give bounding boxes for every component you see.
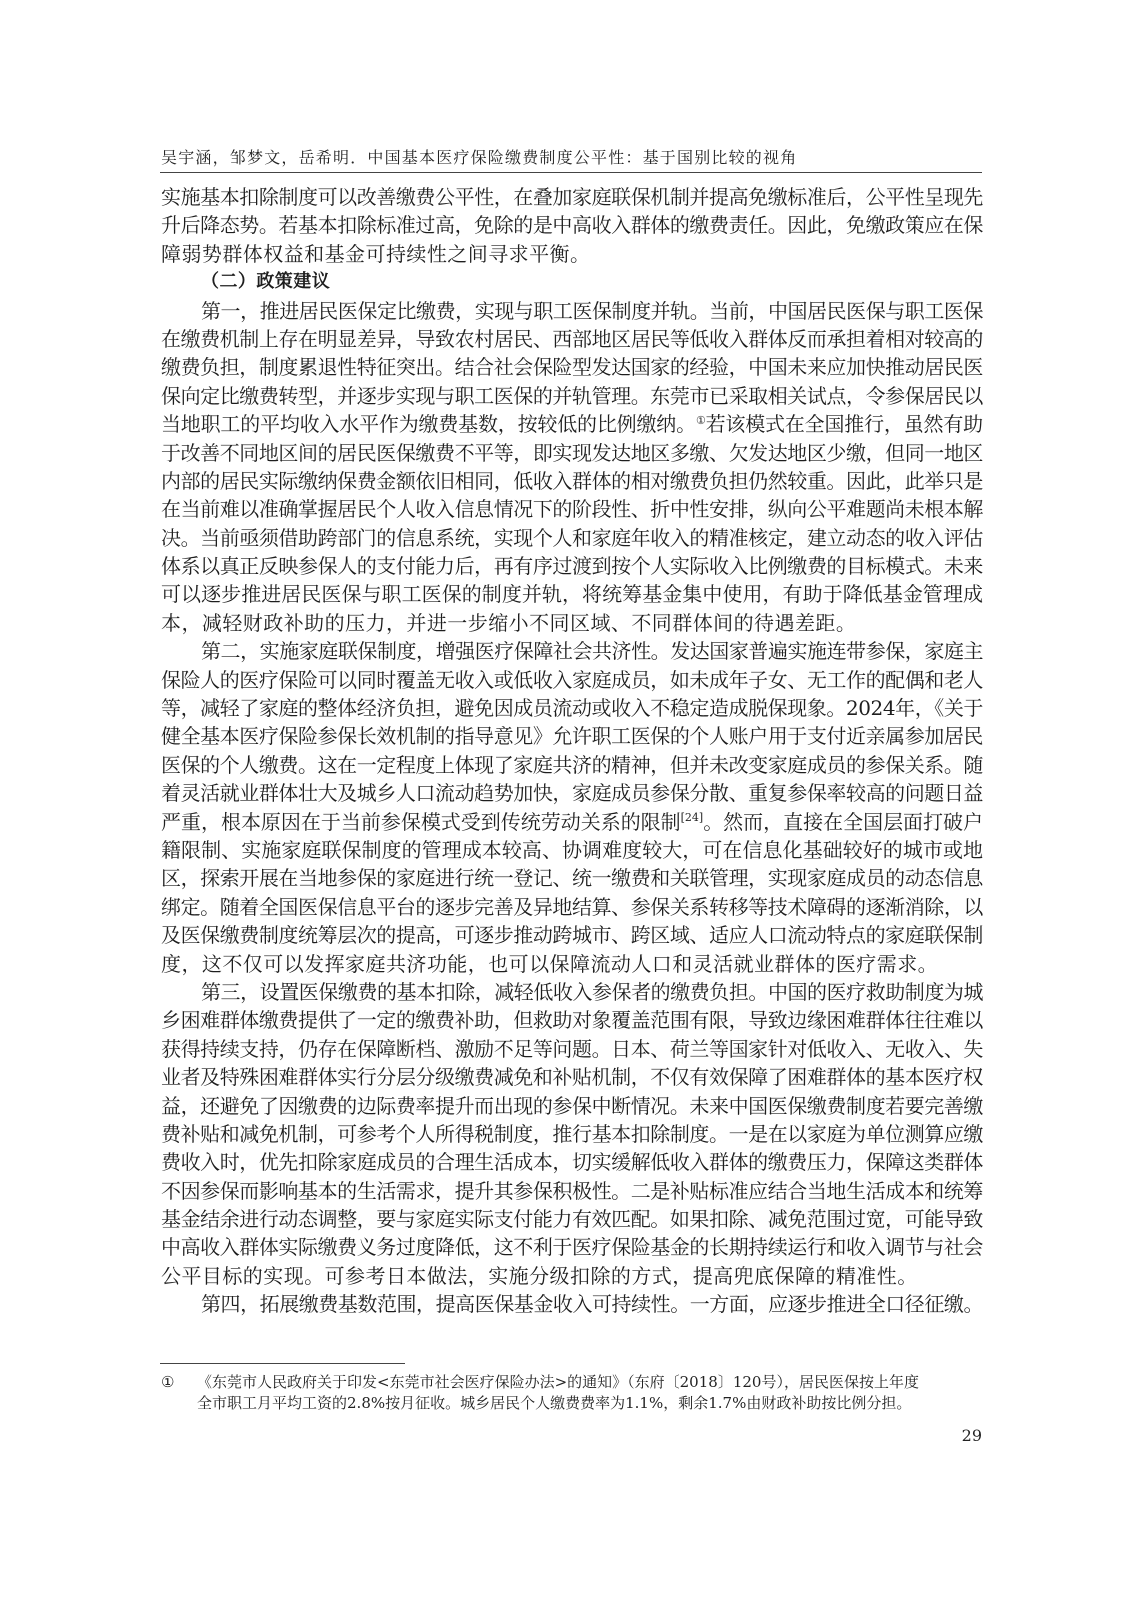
text-line: 费补贴和减免机制，可参考个人所得税制度，推行基本扣除制度。一是在以家庭为单位测算… — [161, 1120, 983, 1148]
text-line: 可以逐步推进居民医保与职工医保的制度并轨，将统筹基金集中使用，有助于降低基金管理… — [161, 580, 983, 608]
text-line: 本，减轻财政补助的压力，并进一步缩小不同区域、不同群体间的待遇差距。 — [161, 609, 983, 637]
footnote-line: 全市职工月平均工资的2.8%按月征收。城乡居民个人缴费费率为1.1%，剩余1.7… — [161, 1393, 983, 1414]
footnote-number: ① — [161, 1372, 197, 1393]
text-span: 。然而，直接在全国层面打破户 — [703, 810, 983, 834]
footnote-line: ①《东莞市人民政府关于印发<东莞市社会医疗保险办法>的通知》（东府〔2018〕1… — [161, 1372, 983, 1393]
footnote: ①《东莞市人民政府关于印发<东莞市社会医疗保险办法>的通知》（东府〔2018〕1… — [161, 1372, 983, 1414]
text-line: 健全基本医疗保险参保长效机制的指导意见》允许职工医保的个人账户用于支付近亲属参加… — [161, 722, 983, 750]
text-line: 费收入时，优先扣除家庭成员的合理生活成本，切实缓解低收入群体的缴费压力，保障这类… — [161, 1148, 983, 1176]
text-line: 获得持续支持，仍存在保障断档、激励不足等问题。日本、荷兰等国家针对低收入、无收入… — [161, 1035, 983, 1063]
paragraph-first-line: 第四，拓展缴费基数范围，提高医保基金收入可持续性。一方面，应逐步推进全口径征缴。 — [161, 1290, 983, 1318]
running-header: 吴宇涵，邹梦文，岳希明．中国基本医疗保险缴费制度公平性：基于国别比较的视角 — [161, 147, 982, 169]
paragraph-first-line: 第一，推进居民医保定比缴费，实现与职工医保制度并轨。当前，中国居民医保与职工医保 — [161, 297, 983, 325]
text-line: 障弱势群体权益和基金可持续性之间寻求平衡。 — [161, 240, 983, 268]
text-line: 在缴费机制上存在明显差异，导致农村居民、西部地区居民等低收入群体反而承担着相对较… — [161, 325, 983, 353]
citation-link[interactable]: [24] — [681, 811, 704, 824]
text-line: 及医保缴费制度统筹层次的提高，可逐步推动跨城市、跨区域、适应人口流动特点的家庭联… — [161, 921, 983, 949]
text-line: 于改善不同地区间的居民医保缴费不平等，即实现发达地区多缴、欠发达地区少缴，但同一… — [161, 439, 983, 467]
text-line: 基金结余进行动态调整，要与家庭实际支付能力有效匹配。如果扣除、减免范围过宽，可能… — [161, 1205, 983, 1233]
text-line: 内部的居民实际缴纳保费金额依旧相同，低收入群体的相对缴费负担仍然较重。因此，此举… — [161, 467, 983, 495]
text-line: 公平目标的实现。可参考日本做法，实施分级扣除的方式，提高兜底保障的精准性。 — [161, 1262, 983, 1290]
text-line-with-citation: 严重，根本原因在于当前参保模式受到传统劳动关系的限制[24]。然而，直接在全国层… — [161, 808, 983, 836]
footnote-divider — [160, 1363, 405, 1364]
paragraph-first-line: 第三，设置医保缴费的基本扣除，减轻低收入参保者的缴费负担。中国的医疗救助制度为城 — [161, 978, 983, 1006]
text-line: 升后降态势。若基本扣除标准过高，免除的是中高收入群体的缴费责任。因此，免缴政策应… — [161, 211, 983, 239]
text-line: 益，还避免了因缴费的边际费率提升而出现的参保中断情况。未来中国医保缴费制度若要完… — [161, 1092, 983, 1120]
text-line: 业者及特殊困难群体实行分层分级缴费减免和补贴机制，不仅有效保障了困难群体的基本医… — [161, 1063, 983, 1091]
text-line: 缴费负担，制度累退性特征突出。结合社会保险型发达国家的经验，中国未来应加快推动居… — [161, 353, 983, 381]
header-divider — [160, 172, 982, 173]
text-line: 保险人的医疗保险可以同时覆盖无收入或低收入家庭成员，如未成年子女、无工作的配偶和… — [161, 666, 983, 694]
text-line-with-footnote: 当地职工的平均收入水平作为缴费基数，按较低的比例缴纳。①若该模式在全国推行，虽然… — [161, 410, 983, 438]
section-heading: （二）政策建议 — [161, 268, 983, 296]
paragraph-first-line: 第二，实施家庭联保制度，增强医疗保障社会共济性。发达国家普遍实施连带参保，家庭主 — [161, 637, 983, 665]
text-line: 在当前难以准确掌握居民个人收入信息情况下的阶段性、折中性安排，纵向公平难题尚未根… — [161, 495, 983, 523]
text-span: 若该模式在全国推行，虽然有助 — [706, 412, 983, 436]
text-line: 度，这不仅可以发挥家庭共济功能，也可以保障流动人口和灵活就业群体的医疗需求。 — [161, 950, 983, 978]
text-line: 区，探索开展在当地参保的家庭进行统一登记、统一缴费和关联管理，实现家庭成员的动态… — [161, 864, 983, 892]
text-line: 实施基本扣除制度可以改善缴费公平性，在叠加家庭联保机制并提高免缴标准后，公平性呈… — [161, 183, 983, 211]
footnote-marker-link[interactable]: ① — [696, 414, 706, 427]
text-line: 着灵活就业群体壮大及城乡人口流动趋势加快，家庭成员参保分散、重复参保率较高的问题… — [161, 779, 983, 807]
text-line: 乡困难群体缴费提供了一定的缴费补助，但救助对象覆盖范围有限，导致边缘困难群体往往… — [161, 1006, 983, 1034]
text-line: 中高收入群体实际缴费义务过度降低，这不利于医疗保险基金的长期持续运行和收入调节与… — [161, 1233, 983, 1261]
text-line: 不因参保而影响基本的生活需求，提升其参保积极性。二是补贴标准应结合当地生活成本和… — [161, 1177, 983, 1205]
footnote-text: 《东莞市人民政府关于印发<东莞市社会医疗保险办法>的通知》（东府〔2018〕12… — [197, 1373, 919, 1391]
text-line: 籍限制、实施家庭联保制度的管理成本较高、协调难度较大，可在信息化基础较好的城市或… — [161, 836, 983, 864]
body-text: 实施基本扣除制度可以改善缴费公平性，在叠加家庭联保机制并提高免缴标准后，公平性呈… — [161, 183, 983, 1319]
text-line: 医保的个人缴费。这在一定程度上体现了家庭共济的精神，但并未改变家庭成员的参保关系… — [161, 751, 983, 779]
text-line: 等，减轻了家庭的整体经济负担，避免因成员流动或收入不稳定造成脱保现象。2024年… — [161, 694, 983, 722]
text-line: 体系以真正反映参保人的支付能力后，再有序过渡到按个人实际收入比例缴费的目标模式。… — [161, 552, 983, 580]
text-line: 保向定比缴费转型，并逐步实现与职工医保的并轨管理。东莞市已采取相关试点，令参保居… — [161, 382, 983, 410]
text-span: 当地职工的平均收入水平作为缴费基数，按较低的比例缴纳。 — [161, 412, 696, 436]
text-line: 绑定。随着全国医保信息平台的逐步完善及异地结算、参保关系转移等技术障碍的逐渐消除… — [161, 893, 983, 921]
page-number: 29 — [950, 1426, 982, 1445]
text-span: 严重，根本原因在于当前参保模式受到传统劳动关系的限制 — [161, 810, 681, 834]
text-line: 决。当前亟须借助跨部门的信息系统，实现个人和家庭年收入的精准核定，建立动态的收入… — [161, 524, 983, 552]
